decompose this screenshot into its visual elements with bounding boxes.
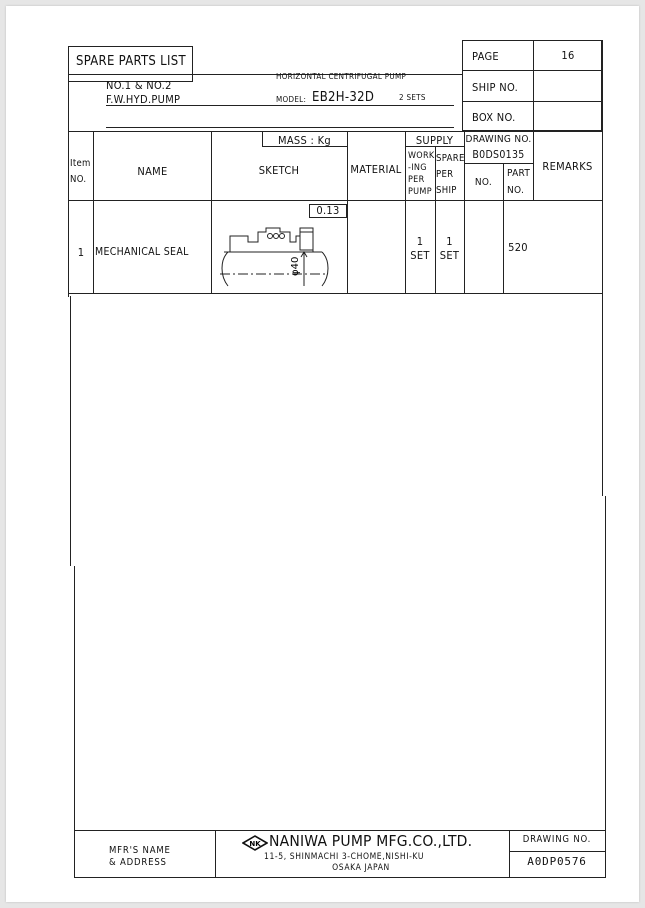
- svg-text:NK: NK: [249, 840, 261, 848]
- header-name: NAME: [94, 165, 211, 178]
- row-mass: 0.13: [309, 204, 347, 217]
- header-spare-l1: SPARE: [436, 153, 465, 164]
- footer-drawing-no-label: DRAWING NO.: [509, 834, 605, 845]
- header-drawing-no-value: B0DS0135: [464, 149, 533, 161]
- header-spare-l2: PER: [436, 169, 453, 180]
- header-sketch: SKETCH: [211, 164, 347, 177]
- naniwa-logo-icon: NK: [242, 835, 268, 851]
- header-working-l3: PER: [408, 175, 425, 185]
- row-working-qty: 1: [405, 235, 435, 248]
- row-item-no: 1: [69, 246, 93, 259]
- doc-title: SPARE PARTS LIST: [76, 54, 186, 69]
- row-name: MECHANICAL SEAL: [95, 246, 189, 258]
- mfr-label-l2: & ADDRESS: [109, 857, 167, 868]
- sets: 2 SETS: [399, 93, 426, 102]
- model-value: EB2H-32D: [312, 90, 374, 105]
- header-working-l2: -ING: [408, 163, 427, 173]
- svg-text:φ40: φ40: [290, 257, 301, 276]
- header-item-no-l2: NO.: [70, 174, 86, 185]
- page-label: PAGE: [472, 50, 499, 63]
- header-remarks: REMARKS: [533, 160, 602, 173]
- mechanical-seal-sketch-icon: φ40: [218, 224, 338, 292]
- document-page: SPARE PARTS LIST NO.1 & NO.2 F.W.HYD.PUM…: [6, 6, 639, 902]
- address-line-1: 11-5, SHINMACHI 3-CHOME,NISHI-KU: [264, 852, 424, 862]
- pump-type: HORIZONTAL CENTRIFUGAL PUMP: [276, 72, 406, 81]
- row-spare-unit: SET: [435, 249, 464, 262]
- company-name: NANIWA PUMP MFG.CO.,LTD.: [269, 832, 472, 850]
- unit-line-1: NO.1 & NO.2: [106, 79, 172, 92]
- header-part-l2: NO.: [507, 185, 524, 196]
- header-spare-l3: SHIP: [436, 185, 457, 196]
- header-material: MATERIAL: [347, 163, 405, 176]
- header-no: NO.: [464, 177, 503, 188]
- model-label: MODEL:: [276, 95, 306, 104]
- row-part-no: 520: [503, 241, 533, 254]
- page-value: 16: [534, 49, 602, 62]
- header-drawing-no: DRAWING NO.: [464, 134, 533, 145]
- header-working-l4: PUMP: [408, 187, 432, 197]
- mfr-label-l1: MFR'S NAME: [109, 845, 171, 856]
- header-mass: MASS : Kg: [262, 134, 347, 147]
- address-line-2: OSAKA JAPAN: [256, 863, 466, 873]
- header-supply: SUPPLY: [405, 134, 464, 147]
- header-working-l1: WORK: [408, 151, 435, 161]
- row-working-unit: SET: [405, 249, 435, 262]
- box-no-label: BOX NO.: [472, 111, 516, 124]
- ship-no-label: SHIP NO.: [472, 81, 518, 94]
- row-spare-qty: 1: [435, 235, 464, 248]
- footer-drawing-no-value: A0DP0576: [509, 855, 605, 868]
- header-item-no-l1: Item: [70, 158, 91, 169]
- header-part-l1: PART: [507, 168, 530, 179]
